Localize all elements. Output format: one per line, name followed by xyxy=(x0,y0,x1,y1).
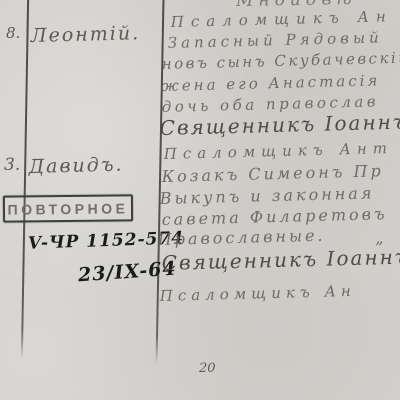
entry-body-line: савета Филаретовъ xyxy=(162,204,388,229)
stamp-label: ПОВТОРНОЕ xyxy=(8,200,129,217)
entry-body-line: жена его Анастасія xyxy=(162,71,381,95)
entry-body-line: новъ сынъ Скубачевскій xyxy=(162,48,400,73)
page-number: 20 xyxy=(199,361,216,376)
entry-number: 3. xyxy=(4,155,20,175)
entry-body-line: Псаломщикъ Ант xyxy=(164,139,394,163)
entry-body-line: Псаломщикъ Ан xyxy=(160,282,356,305)
entry-body-line: Псаломщикъ Ан xyxy=(171,7,393,31)
povtornoe-stamp: ПОВТОРНОЕ xyxy=(3,194,133,222)
column-rule-left xyxy=(21,0,29,359)
entry-body-line: Козакъ Симеонъ Пр xyxy=(162,161,384,186)
document-page: Мноидвѣ 8. Леонтій. Псаломщикъ Ан Запасн… xyxy=(0,0,400,400)
entry-number: 8. xyxy=(6,24,20,42)
priest-signature: Священникъ Іоаннъ xyxy=(159,110,400,140)
entry-name: Давидъ. xyxy=(28,154,123,178)
entry-body-line: Православные. xyxy=(158,226,326,249)
priest-signature: Священникъ Іоаннъ xyxy=(161,245,400,275)
entry-name: Леонтій. xyxy=(30,22,140,47)
entry-body-line: Запасный Рядовый xyxy=(168,28,383,52)
